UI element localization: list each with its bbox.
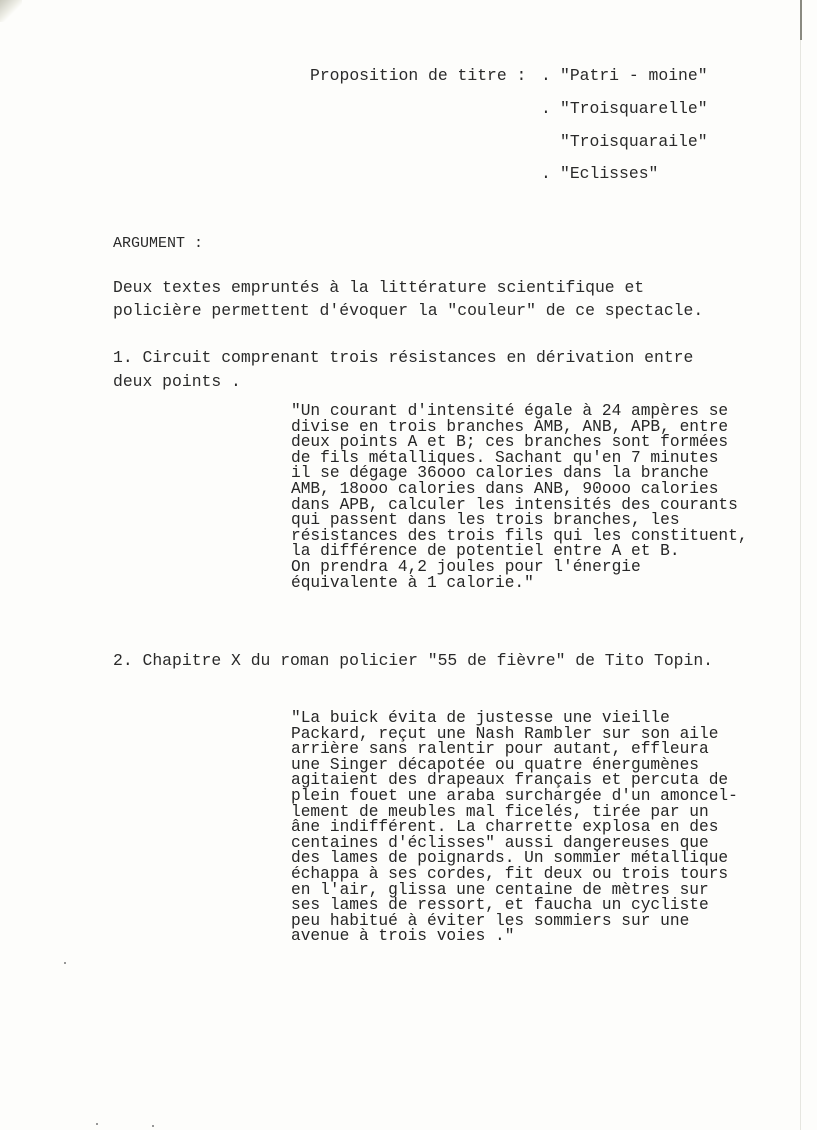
title-proposal-label: Proposition de titre : (310, 66, 526, 86)
paper-speck (152, 1125, 154, 1127)
argument-intro-line: Deux textes empruntés à la littérature s… (113, 278, 644, 298)
paper-corner-shadow (0, 0, 22, 22)
quote-line: équivalente à 1 calorie." (291, 576, 534, 592)
title-option: "Eclisses" (560, 164, 658, 184)
page-edge-mark (800, 0, 802, 40)
title-option: "Troisquarelle" (560, 99, 708, 119)
title-option-bullet: . (541, 164, 551, 184)
title-option-bullet: . (541, 66, 551, 86)
argument-intro-line: policière permettent d'évoquer la "coule… (113, 301, 703, 321)
paper-speck (96, 1123, 98, 1125)
title-option: "Patri - moine" (560, 66, 708, 86)
section-1-heading-line: deux points . (113, 372, 241, 392)
section-1-heading-line: 1. Circuit comprenant trois résistances … (113, 348, 693, 368)
title-option: "Troisquaraile" (560, 132, 708, 152)
title-option-bullet: . (541, 99, 551, 119)
section-2-heading: 2. Chapitre X du roman policier "55 de f… (113, 651, 713, 671)
quote-line: avenue à trois voies ." (291, 929, 514, 945)
paper-speck (64, 962, 66, 964)
page-edge (800, 0, 801, 1130)
argument-heading: ARGUMENT : (113, 234, 203, 254)
